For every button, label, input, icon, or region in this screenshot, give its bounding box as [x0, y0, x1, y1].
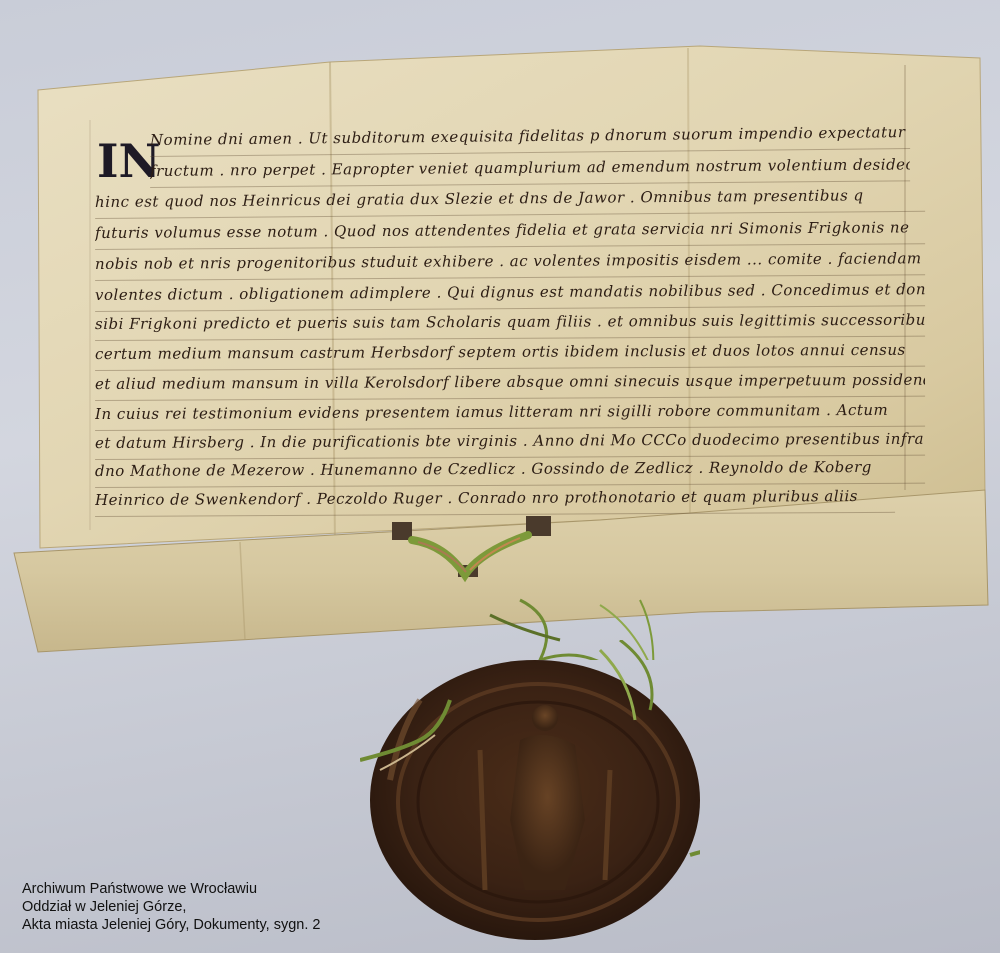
caption-branch: Oddział w Jeleniej Górze,: [22, 898, 320, 916]
parchment-charter: IN Nomine dni amen . Ut subditorum exequ…: [0, 0, 1000, 660]
caption-reference: Akta miasta Jeleniej Góry, Dokumenty, sy…: [22, 916, 320, 934]
seal-image: [360, 640, 700, 940]
photo-scene: IN Nomine dni amen . Ut subditorum exequ…: [0, 0, 1000, 953]
charter-text-line: Heinrico de Swenkendorf . Peczoldo Ruger…: [95, 478, 895, 517]
archive-caption: Archiwum Państwowe we Wrocławiu Oddział …: [22, 880, 320, 934]
caption-archive-name: Archiwum Państwowe we Wrocławiu: [22, 880, 320, 898]
wax-seal: [360, 640, 700, 940]
